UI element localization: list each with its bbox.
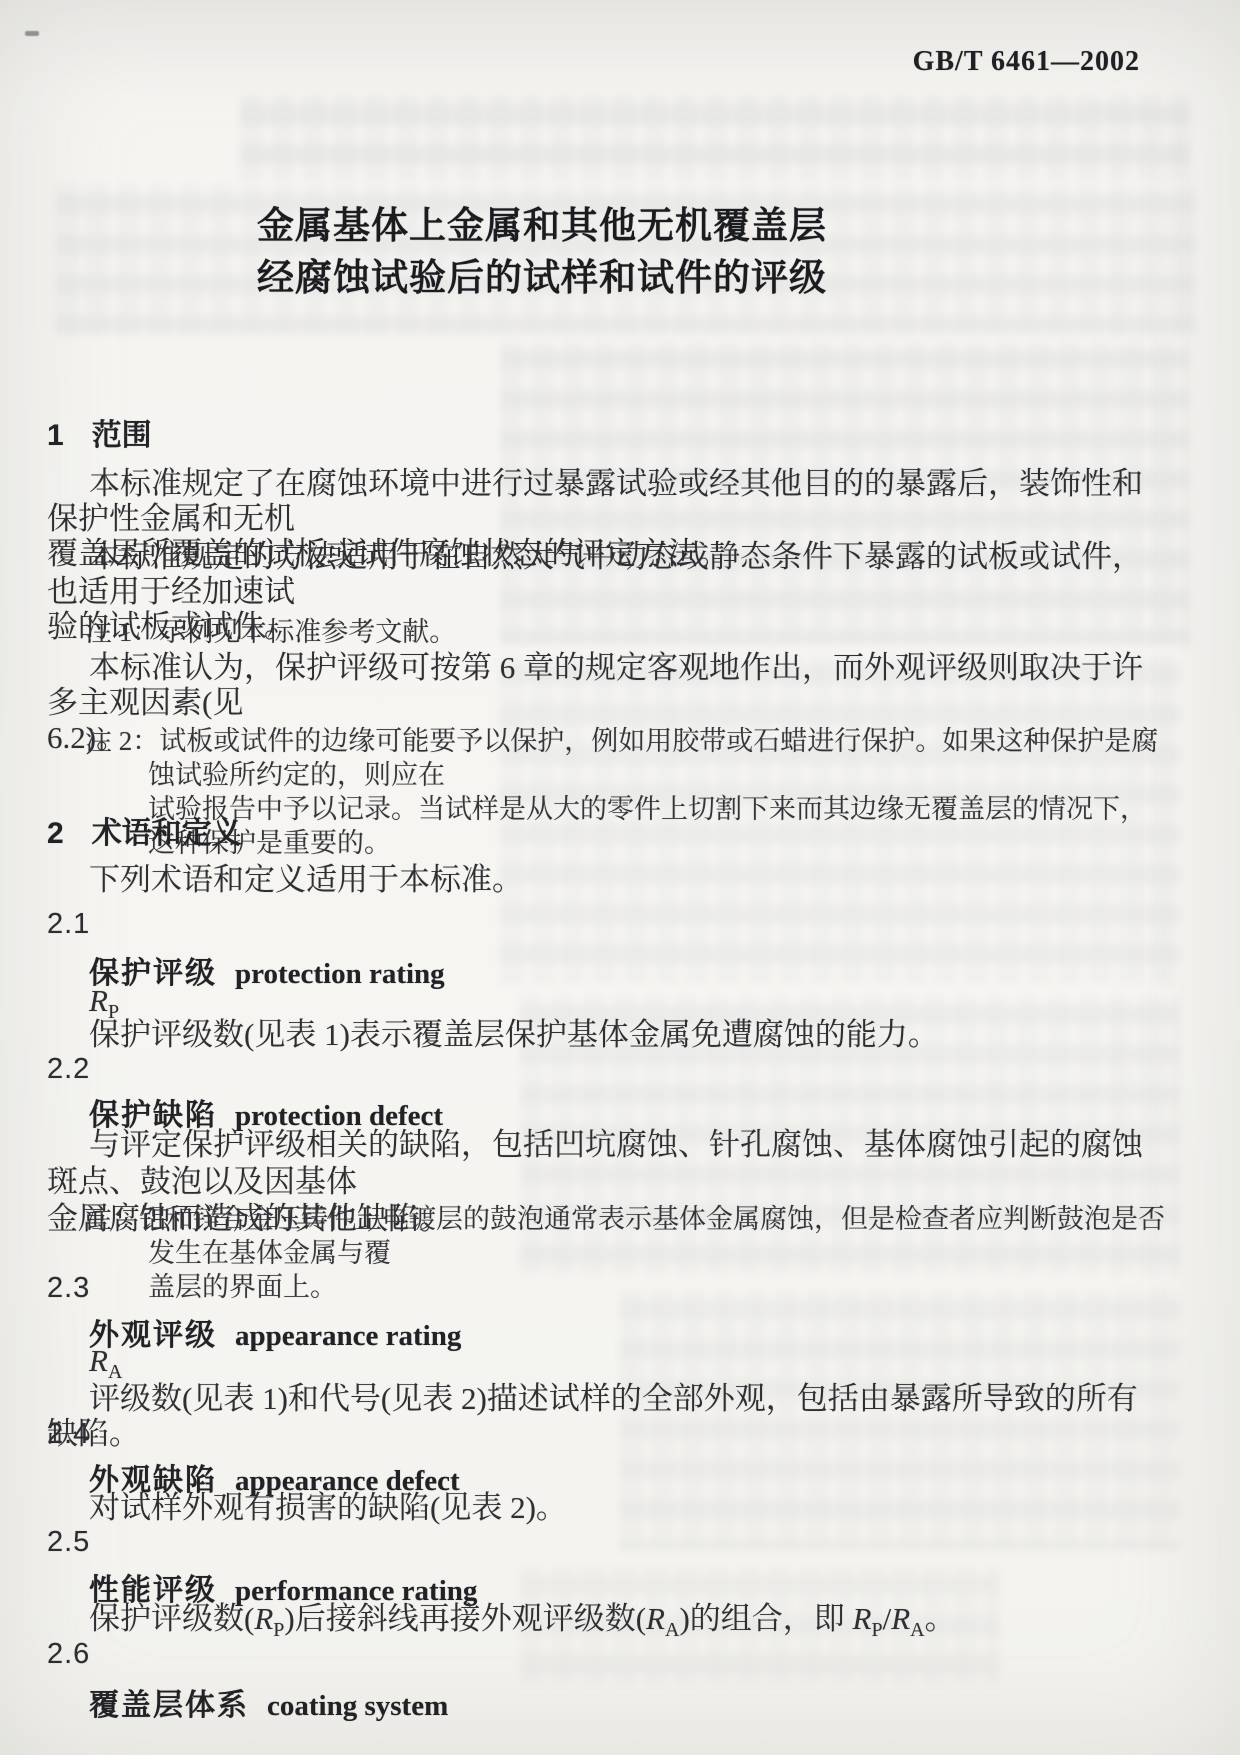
note-1-text: 示例见本标准参考文献。 — [159, 617, 456, 647]
term-en: coating system — [267, 1690, 448, 1722]
section-2-heading: 2术语和定义 — [47, 808, 242, 852]
note-text: 铝和锌合金压铸件上电镀层的鼓泡通常表示基体金属腐蚀，但是检查者应判断鼓泡是否发生… — [139, 1204, 1165, 1302]
note-1: 注 1：示例见本标准参考文献。 — [47, 615, 1165, 649]
symbol-sub-a: A — [910, 1619, 924, 1641]
symbol-sub-p: P — [273, 1619, 284, 1641]
definition-appearance-rating: 评级数(见表 1)和代号(见表 2)描述试样的全部外观，包括由暴露所导致的所有缺… — [47, 1381, 1165, 1451]
clause-2-2-number: 2.2 — [47, 1053, 90, 1086]
bleed-through-ghost — [240, 95, 1190, 180]
clause-2-5-number: 2.5 — [47, 1526, 90, 1559]
definition-performance-rating: 保护评级数(RP)后接斜线再接外观评级数(RA)的组合，即 RP/RA。 — [47, 1601, 1165, 1648]
definition-protection-rating: 保护评级数(见表 1)表示覆盖层保护基体金属免遭腐蚀的能力。 — [47, 1017, 1165, 1052]
note-protection-defect: 注：铝和锌合金压铸件上电镀层的鼓泡通常表示基体金属腐蚀，但是检查者应判断鼓泡是否… — [47, 1202, 1165, 1304]
symbol-r: R — [89, 983, 108, 1018]
terms-intro: 下列术语和定义适用于本标准。 — [47, 862, 1165, 897]
section-1-heading: 1范围 — [47, 410, 152, 454]
term-coating-system: 覆盖层体系coating system — [89, 1680, 448, 1724]
text-run: / — [883, 1601, 892, 1636]
note-2-text: 试板或试件的边缘可能要予以保护，例如用胶带或石蜡进行保护。如果这种保护是腐蚀试验… — [148, 726, 1158, 858]
scanned-document-page: GB/T 6461—2002 金属基体上金属和其他无机覆盖层经腐蚀试验后的试样和… — [0, 0, 1240, 1755]
text-run: 保护评级数( — [89, 1601, 254, 1636]
symbol-sub-p: P — [871, 1619, 882, 1641]
symbol-r: R — [89, 1343, 108, 1378]
symbol-sub-a: A — [108, 1361, 122, 1383]
text-run: 。 — [925, 1601, 956, 1636]
symbol-r: R — [646, 1601, 665, 1636]
scan-speck — [25, 31, 39, 36]
term-en: appearance rating — [235, 1320, 461, 1352]
section-2-number: 2 — [47, 817, 64, 850]
symbol-sub-a: A — [665, 1619, 679, 1641]
note-1-label: 注 1： — [85, 617, 159, 647]
note-label: 注： — [85, 1204, 139, 1234]
standard-number: GB/T 6461—2002 — [913, 46, 1140, 78]
section-1-title: 范围 — [92, 419, 152, 452]
clause-2-1-number: 2.1 — [47, 908, 90, 941]
document-title: 金属基体上金属和其他无机覆盖层经腐蚀试验后的试样和试件的评级 — [0, 200, 1084, 304]
symbol-ra: RA — [89, 1343, 122, 1384]
clause-2-6-number: 2.6 — [47, 1638, 90, 1671]
term-en: protection rating — [235, 958, 445, 990]
term-appearance-rating: 外观评级appearance rating — [89, 1310, 461, 1354]
symbol-r: R — [853, 1601, 872, 1636]
section-2-title: 术语和定义 — [92, 817, 242, 850]
symbol-r: R — [891, 1601, 910, 1636]
definition-appearance-defect: 对试样外观有损害的缺陷(见表 2)。 — [47, 1490, 1165, 1525]
section-1-number: 1 — [47, 419, 64, 452]
symbol-r: R — [254, 1601, 273, 1636]
term-protection-rating: 保护评级protection rating — [89, 948, 445, 992]
text-run: )后接斜线再接外观评级数( — [284, 1601, 646, 1636]
clause-2-3-number: 2.3 — [47, 1272, 90, 1305]
term-zh: 覆盖层体系 — [89, 1689, 249, 1722]
text-run: )的组合，即 — [679, 1601, 852, 1636]
clause-2-4-number: 2.4 — [47, 1418, 90, 1451]
note-2-label: 注 2： — [85, 726, 159, 756]
